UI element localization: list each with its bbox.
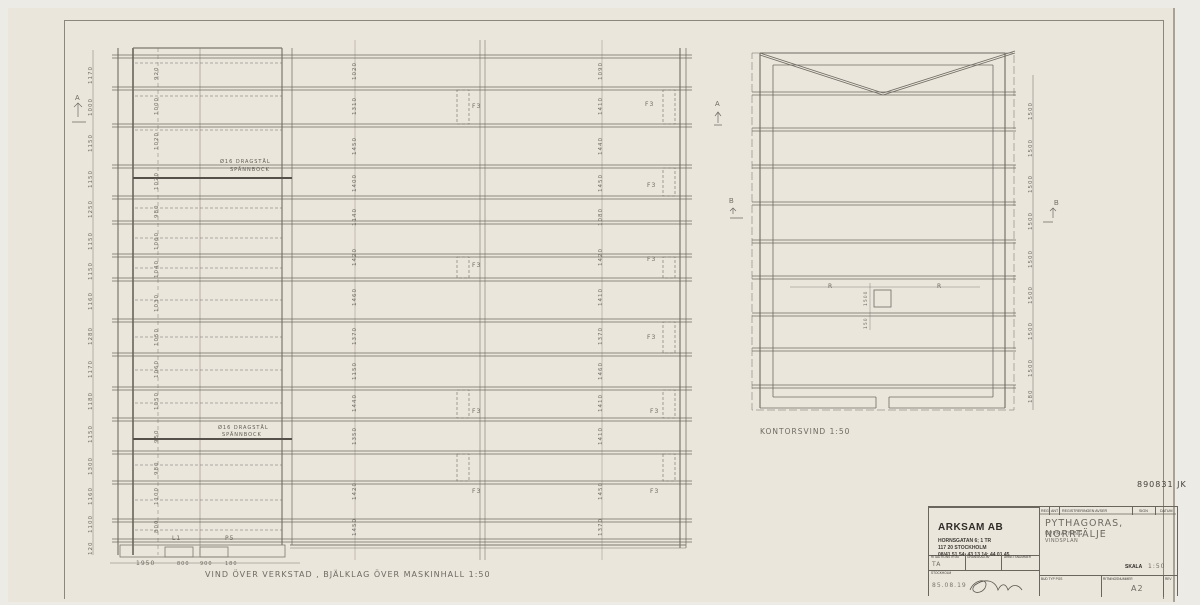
revision-header: REG ANT REGISTRERINGEN AVSER SIGN DATUM xyxy=(1039,507,1177,515)
section-marker-b-right: B xyxy=(1054,200,1059,207)
office-opening-height: 1500 xyxy=(864,291,869,306)
drawing-date: 85.08.19 xyxy=(932,582,967,589)
beam xyxy=(112,55,692,542)
drawn-by-row: RITAD KONSTR AV TA GRANSKAD AV ARBETSNUM… xyxy=(929,554,1040,571)
drawn-by-value: TA xyxy=(932,561,941,568)
office-opening-width-left: R xyxy=(828,283,833,290)
company-box: ARKSAM AB HORNSGATAN 6; 1 TR 117 20 STOC… xyxy=(929,507,1040,556)
office-plan-caption: KONTORSVIND 1:50 xyxy=(760,427,850,436)
drawing-number-row: BUD TYP POS RITNINGSNUMMER A2 REV xyxy=(1039,575,1177,597)
label-p5: P5 xyxy=(225,535,234,542)
section-marker-b-left: B xyxy=(729,198,734,205)
office-opening-offset: 150 xyxy=(864,317,869,329)
beam-note-upper: Ø16 DRAGSTÅL SPÄNNBOCK xyxy=(220,159,271,173)
section-marker-a-office: A xyxy=(715,101,720,108)
company-name: ARKSAM AB xyxy=(938,522,1003,533)
scale-label: SKALA xyxy=(1125,564,1142,570)
place-date-row: STOCKHOLM 85.08.19 xyxy=(929,570,1040,596)
scale-value: 1:50 xyxy=(1148,563,1165,570)
section-marker-a-left: A xyxy=(75,95,80,102)
office-opening-width-right: R xyxy=(937,283,942,290)
drawing-number: A2 xyxy=(1131,584,1144,593)
drawing-subtitle-2: VINDSPLAN xyxy=(1045,538,1078,544)
beam-note-lower: Ø16 DRAGSTÅL SPÄNNBOCK xyxy=(218,425,269,438)
label-l1: L1 xyxy=(172,535,181,542)
title-block: REG ANT REGISTRERINGEN AVSER SIGN DATUM … xyxy=(928,506,1178,596)
archive-note: 890831 JK xyxy=(1137,480,1187,489)
main-plan-caption: VIND ÖVER VERKSTAD , BJÄLKLAG ÖVER MASKI… xyxy=(205,570,491,579)
drawing-subtitle-1: UPPMÄTNING xyxy=(1045,531,1083,537)
